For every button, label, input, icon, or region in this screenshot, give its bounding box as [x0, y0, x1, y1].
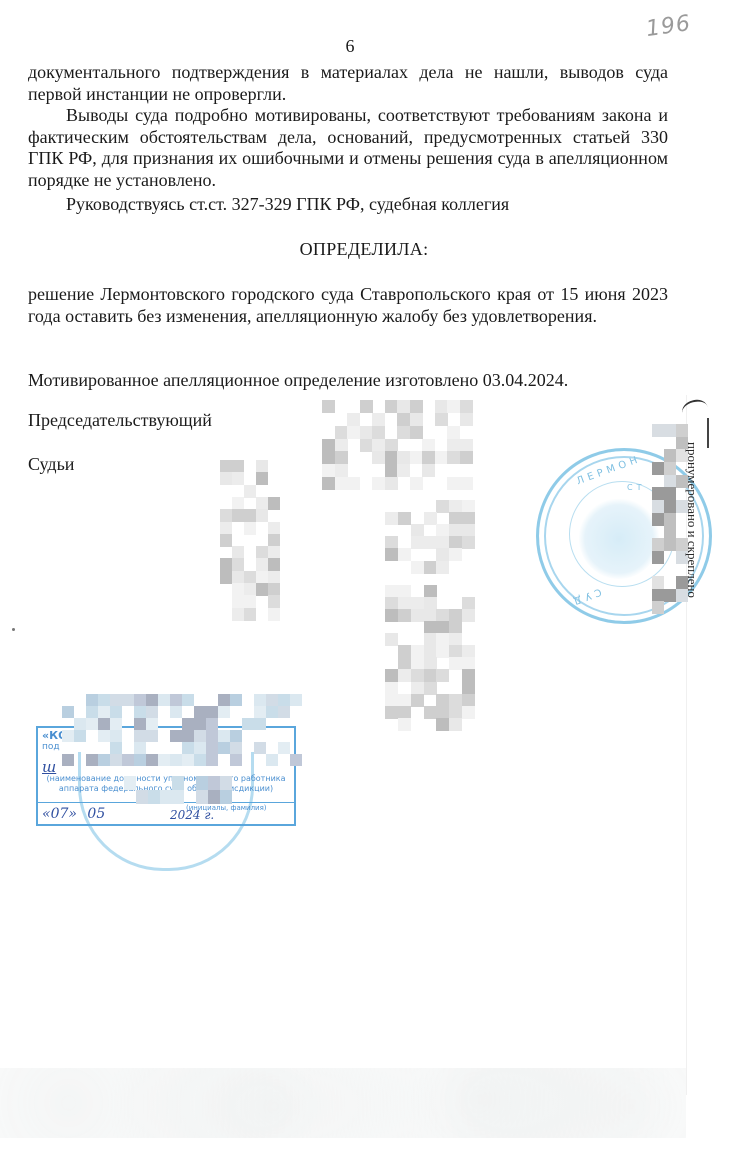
cert-subtitle: под	[42, 742, 60, 752]
motivated-ruling-note: Мотивированное апелляционное определение…	[28, 370, 668, 392]
presiding-judge-label: Председательствующий	[28, 410, 212, 431]
cert-month: 05	[87, 806, 105, 822]
paragraph-conclusions: Выводы суда подробно мотивированы, соотв…	[28, 105, 668, 191]
cert-day: «07»	[42, 806, 77, 822]
redacted-judge-signature-2	[385, 500, 475, 730]
handwritten-mark-stem	[707, 418, 709, 448]
seal-emblem-icon	[579, 499, 659, 579]
cert-date-year: 2024 г.	[170, 808, 214, 822]
redacted-certification-signature	[124, 776, 232, 804]
scan-noise-band	[0, 1068, 686, 1138]
redacted-certification-name	[62, 694, 302, 766]
seal-text-sub: СТ	[627, 483, 645, 492]
redacted-seal-signature	[652, 424, 688, 614]
handwritten-mark	[680, 397, 710, 423]
paragraph-continuation: документального подтверждения в материал…	[28, 62, 668, 105]
cert-date-day: «07» 05	[42, 806, 105, 822]
resolution-paragraph: решение Лермонтовского городского суда С…	[28, 284, 668, 327]
paragraph-guided-by: Руководствуясь ст.ст. 327-329 ГПК РФ, су…	[28, 194, 668, 216]
ruling-heading: ОПРЕДЕЛИЛА:	[0, 239, 728, 260]
redacted-presiding-signature	[322, 400, 472, 490]
redacted-judge-signature-1	[220, 460, 280, 620]
scan-speck	[12, 628, 15, 631]
judges-label: Судьи	[28, 454, 74, 475]
binding-note: пронумеровано и скреплено	[684, 442, 700, 592]
seal-text-bottom: СУД	[568, 586, 603, 608]
page-number: 6	[0, 36, 700, 57]
